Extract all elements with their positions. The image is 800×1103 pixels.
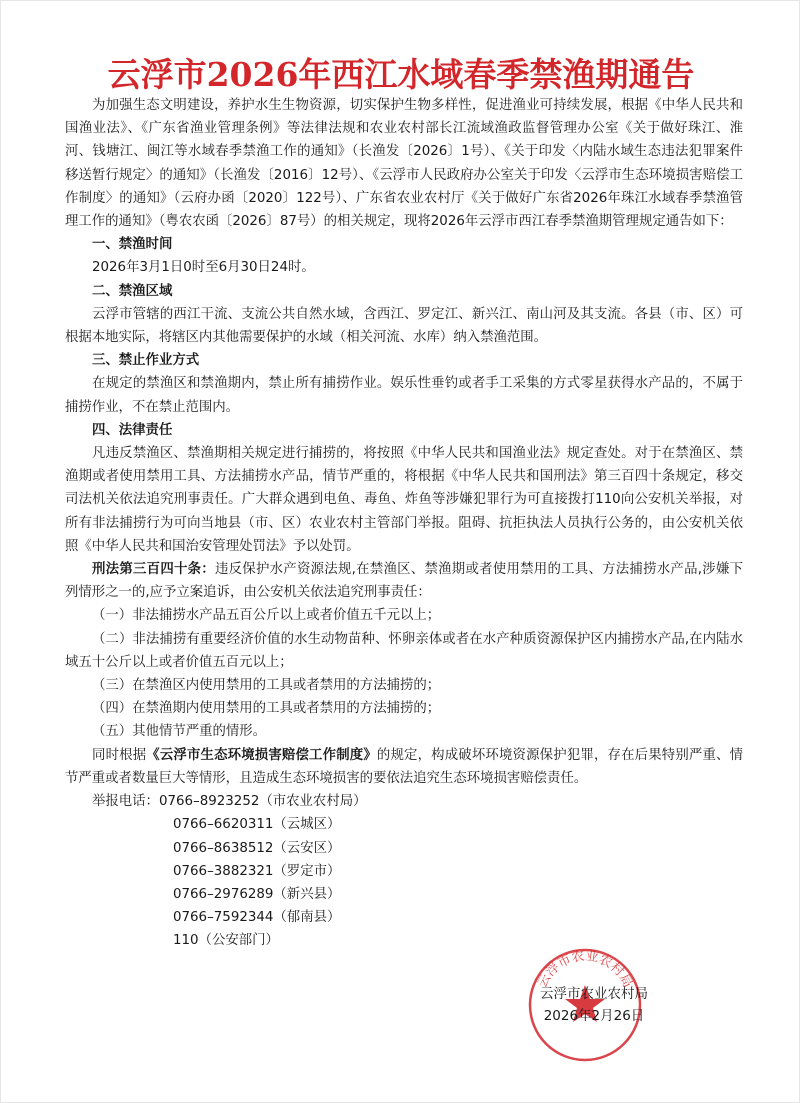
- criminal-law-item: （五）其他情节严重的情形。: [65, 720, 743, 743]
- hotline-list: 举报电话：0766–8923252（市农业农村局） 0766–6620311（云…: [65, 790, 743, 952]
- hotline-label: 举报电话：: [92, 794, 159, 809]
- section-heading-methods: 三、禁止作业方式: [65, 349, 743, 372]
- criminal-law-label: 刑法第三百四十条：: [92, 562, 215, 577]
- hotline-number: 0766–6620311（云城区）: [65, 813, 743, 836]
- hotline-number: 0766–3882321（罗定市）: [65, 860, 743, 883]
- section-heading-area: 二、禁渔区域: [65, 280, 743, 303]
- document-body: 为加强生态文明建设，养护水生生物资源，切实保护生物多样性，促进渔业可持续发展，根…: [65, 94, 743, 953]
- eco-damage-paragraph: 同时根据《云浮市生态环境损害赔偿工作制度》的规定，构成破坏环境资源保护犯罪，存在…: [65, 744, 743, 790]
- document-title: 云浮市2026年西江水域春季禁渔期通告: [1, 49, 800, 96]
- section-text-liability: 凡违反禁渔区、禁渔期相关规定进行捕捞的，将按照《中华人民共和国渔业法》规定查处。…: [65, 442, 743, 558]
- issue-date: 2026年2月26日: [529, 1005, 659, 1027]
- section-text-methods: 在规定的禁渔区和禁渔期内，禁止所有捕捞作业。娱乐性垂钓或者手工采集的方式零星获得…: [65, 372, 743, 418]
- section-heading-liability: 四、法律责任: [65, 419, 743, 442]
- hotline-row: 举报电话：0766–8923252（市农业农村局）: [65, 790, 743, 813]
- criminal-law-item: （四）在禁渔期内使用禁用的工具或者禁用的方法捕捞的；: [65, 697, 743, 720]
- hotline-number: 0766–7592344（郁南县）: [65, 906, 743, 929]
- criminal-law-item: （一）非法捕捞水产品五百公斤以上或者价值五千元以上；: [65, 604, 743, 627]
- section-heading-time: 一、禁渔时间: [65, 233, 743, 256]
- criminal-law-paragraph: 刑法第三百四十条：违反保护水产资源法规,在禁渔区、禁渔期或者使用禁用的工具、方法…: [65, 558, 743, 604]
- hotline-number: 0766–8638512（云安区）: [65, 837, 743, 860]
- criminal-law-item: （二）非法捕捞有重要经济价值的水生动物苗种、怀卵亲体或者在水产种质资源保护区内捕…: [65, 628, 743, 674]
- eco-damage-prefix: 同时根据: [92, 748, 146, 763]
- hotline-number: 0766–2976289（新兴县）: [65, 883, 743, 906]
- section-text-time: 2026年3月1日0时至6月30日24时。: [65, 256, 743, 279]
- section-text-area: 云浮市管辖的西江干流、支流公共自然水域，含西江、罗定江、新兴江、南山河及其支流。…: [65, 303, 743, 349]
- intro-paragraph: 为加强生态文明建设，养护水生生物资源，切实保护生物多样性，促进渔业可持续发展，根…: [65, 94, 743, 233]
- issuer-name: 云浮市农业农村局: [529, 983, 659, 1005]
- eco-damage-regulation: 《云浮市生态环境损害赔偿工作制度》: [146, 748, 377, 763]
- signature-block: 云浮市农业农村局 2026年2月26日: [529, 983, 659, 1027]
- notice-page: 云浮市2026年西江水域春季禁渔期通告 为加强生态文明建设，养护水生生物资源，切…: [0, 0, 800, 1103]
- hotline-number: 0766–8923252（市农业农村局）: [159, 794, 367, 809]
- criminal-law-item: （三）在禁渔区内使用禁用的工具或者禁用的方法捕捞的；: [65, 674, 743, 697]
